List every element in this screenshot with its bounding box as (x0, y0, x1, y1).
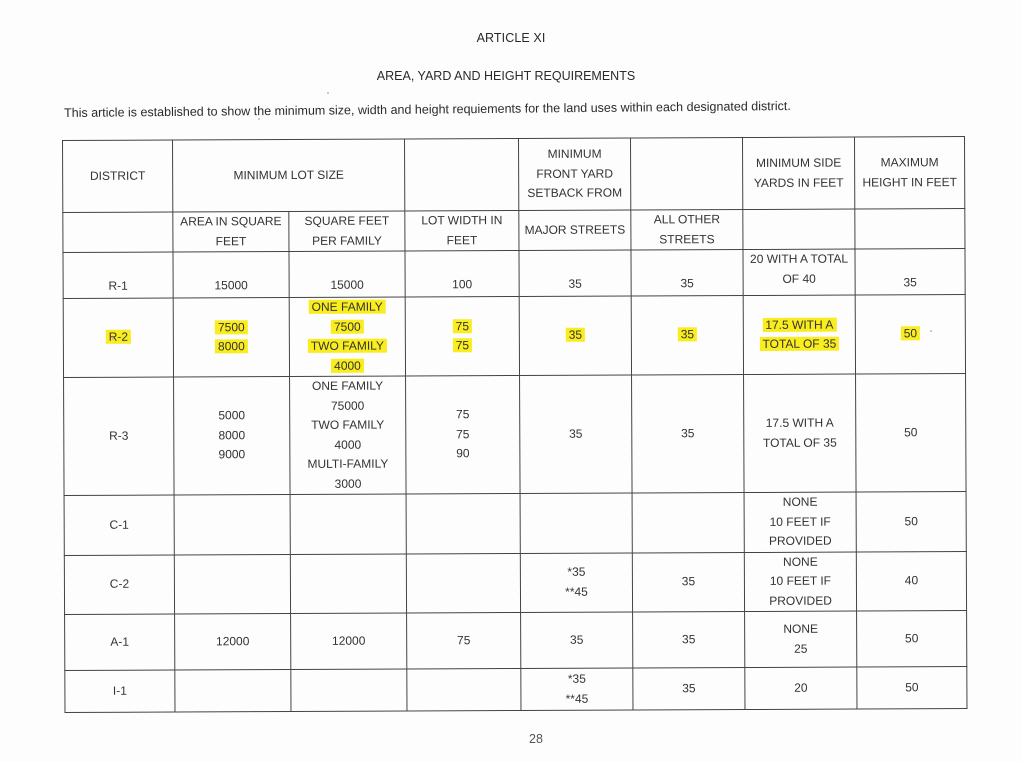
sqft-per-family-cell (290, 554, 406, 614)
max-height-cell: 35 (855, 249, 965, 295)
major-streets-cell: 35 (519, 296, 631, 375)
side-yards-cell: NONE10 FEET IFPROVIDED (744, 492, 856, 552)
article-subheading: AREA, YARD AND HEIGHT REQUIREMENTS (0, 69, 1012, 83)
cell-line: 15000 (176, 276, 287, 296)
cell-value: 75 (453, 338, 472, 352)
other-streets-cell (632, 493, 744, 553)
cell-value: 9000 (218, 447, 245, 461)
header-max-height: MAXIMUM HEIGHT IN FEET (855, 137, 965, 209)
header-front-yard-line: FRONT YARD (521, 164, 628, 184)
requirements-table: DISTRICT MINIMUM LOT SIZE MINIMUM FRONT … (62, 136, 968, 713)
cell-line: TOTAL OF 35 (746, 433, 853, 453)
side-yards-cell: 17.5 WITH ATOTAL OF 35 (744, 374, 857, 492)
header-sqft-line: SQUARE FEET (291, 212, 402, 232)
area-cell (174, 554, 290, 614)
district-code: A-1 (110, 634, 129, 648)
cell-line: 50 (858, 324, 963, 344)
major-streets-cell: 35 (520, 375, 633, 493)
lot-width-cell: 7575 (405, 297, 519, 376)
header-sqft-per-family: SQUARE FEET PER FAMILY (289, 211, 405, 252)
header-major-streets: MAJOR STREETS (519, 210, 631, 250)
header-blank-2 (631, 138, 743, 210)
cell-value: **45 (566, 691, 589, 705)
major-streets-cell: 35 (521, 612, 633, 668)
cell-value: 35 (569, 426, 582, 440)
document-page: ARTICLE XI AREA, YARD AND HEIGHT REQUIRE… (0, 0, 1022, 762)
cell-line: 4000 (292, 356, 403, 376)
side-yards-cell: NONE10 FEET IFPROVIDED (744, 552, 856, 612)
sqft-per-family-cell: 15000 (289, 251, 405, 298)
cell-value: 35 (566, 328, 585, 342)
cell-line: TOTAL OF 35 (746, 335, 853, 355)
cell-value: 7500 (331, 319, 364, 333)
cell-line: NONE (747, 493, 854, 513)
table-row: R-11500015000100353520 WITH A TOTALOF 40… (63, 249, 965, 299)
scan-speck (930, 330, 932, 332)
table-row: R-3500080009000ONE FAMILY75000TWO FAMILY… (64, 374, 967, 496)
cell-value: NONE (783, 554, 818, 568)
cell-line: TWO FAMILY (292, 337, 403, 357)
max-height-cell: 50 (857, 611, 967, 667)
header-side-yards-line: YARDS IN FEET (745, 173, 852, 193)
max-height-cell: 50 (857, 667, 967, 709)
cell-value: 35 (570, 632, 583, 646)
table-row: C-1NONE10 FEET IFPROVIDED50 (64, 492, 966, 555)
cell-value: 8000 (218, 428, 245, 442)
cell-value: PROVIDED (769, 593, 832, 607)
max-height-cell: 50 (855, 295, 965, 374)
cell-line: 75 (408, 405, 517, 425)
district-cell: C-2 (64, 555, 174, 615)
cell-value: 10 FEET IF (770, 574, 831, 588)
side-yards-cell: 20 WITH A TOTALOF 40 (743, 249, 855, 295)
cell-value: TOTAL OF 35 (763, 435, 837, 449)
major-streets-cell: *35**45 (521, 668, 633, 710)
cell-line: NONE (747, 620, 854, 640)
cell-value: 75 (457, 633, 470, 647)
cell-line: 75 (408, 425, 517, 445)
cell-line: NONE (747, 552, 854, 572)
cell-line: 40 (859, 571, 964, 591)
other-streets-cell: 35 (632, 375, 745, 493)
header-lot-width: LOT WIDTH IN FEET (405, 211, 519, 251)
cell-line: 8000 (176, 426, 287, 446)
cell-value: 35 (680, 276, 693, 290)
cell-line: OF 40 (746, 269, 853, 289)
cell-line: 20 (747, 678, 854, 698)
cell-line: PROVIDED (747, 532, 854, 552)
cell-line: 8000 (176, 337, 287, 357)
header-area-line: AREA IN SQUARE (175, 212, 286, 232)
district-cell: R-3 (64, 377, 175, 495)
header-sqft-line: PER FAMILY (291, 231, 402, 251)
cell-value: OF 40 (782, 271, 815, 285)
cell-line: 4000 (292, 435, 403, 455)
district-cell: R-2 (63, 298, 173, 377)
cell-line: 75000 (292, 396, 403, 416)
cell-line: TWO FAMILY (292, 416, 403, 436)
sqft-per-family-cell: ONE FAMILY75000TWO FAMILY4000MULTI-FAMIL… (290, 376, 407, 495)
cell-line: 10 FEET IF (747, 572, 854, 592)
lot-width-cell: 757590 (406, 376, 521, 494)
cell-line: 35 (523, 630, 630, 650)
cell-line: 50 (859, 512, 964, 532)
cell-line: 12000 (177, 632, 288, 652)
area-cell: 75008000 (173, 298, 289, 378)
cell-value: 75 (456, 427, 469, 441)
scan-speck (327, 92, 329, 94)
cell-line: 17.5 WITH A (746, 315, 853, 335)
cell-value: 35 (568, 276, 581, 290)
sqft-per-family-cell (290, 494, 406, 554)
cell-value: 50 (904, 425, 917, 439)
cell-line: 35 (635, 572, 742, 592)
cell-value: 5000 (218, 408, 245, 422)
other-streets-cell: 35 (631, 296, 743, 375)
header-side-blank (743, 209, 855, 249)
max-height-cell: 50 (856, 492, 966, 552)
header-front-yard-line: SETBACK FROM (521, 184, 628, 204)
other-streets-cell: 35 (633, 612, 745, 668)
header-side-yards: MINIMUM SIDE YARDS IN FEET (743, 137, 855, 209)
cell-value: 35 (682, 632, 695, 646)
major-streets-cell: *35**45 (520, 553, 632, 613)
intro-paragraph: This article is established to show the … (64, 99, 791, 120)
header-side-yards-line: MINIMUM SIDE (745, 154, 852, 174)
cell-value: NONE (783, 495, 818, 509)
cell-line: 20 WITH A TOTAL (746, 250, 853, 270)
area-cell (174, 495, 290, 555)
cell-value: ONE FAMILY (312, 379, 383, 393)
cell-value: PROVIDED (769, 534, 832, 548)
cell-line: **45 (523, 582, 630, 602)
cell-line: 35 (858, 273, 963, 293)
district-code: R-3 (109, 428, 128, 442)
cell-line: 9000 (176, 445, 287, 465)
cell-value: 40 (905, 573, 918, 587)
cell-line: 25 (747, 639, 854, 659)
cell-value: 50 (905, 631, 918, 645)
cell-line: 17.5 WITH A (746, 414, 853, 434)
cell-value: 15000 (214, 278, 247, 292)
district-cell: A-1 (65, 614, 175, 670)
header-other-streets-line: ALL OTHER (633, 210, 740, 230)
district-cell: C-1 (64, 495, 174, 555)
cell-line: 7500 (176, 318, 287, 338)
cell-line: 75 (408, 336, 517, 356)
district-code: R-1 (108, 278, 127, 292)
cell-value: 50 (901, 327, 920, 341)
cell-value: 15000 (330, 277, 363, 291)
cell-value: 4000 (334, 437, 361, 451)
cell-value: TWO FAMILY (311, 418, 384, 432)
district-code: R-2 (106, 330, 131, 344)
other-streets-cell: 35 (633, 668, 745, 710)
header-area-line: FEET (175, 232, 286, 252)
cell-line: 3000 (292, 474, 403, 494)
header-row-1: DISTRICT MINIMUM LOT SIZE MINIMUM FRONT … (63, 137, 965, 213)
cell-value: 20 (794, 681, 807, 695)
table-row: R-275008000ONE FAMILY7500TWO FAMILY40007… (63, 295, 965, 378)
cell-line: 35 (522, 424, 629, 444)
lot-width-cell (407, 669, 521, 711)
cell-line: 35 (522, 326, 629, 346)
header-front-yard-line: MINIMUM (521, 145, 628, 165)
header-other-streets: ALL OTHER STREETS (631, 210, 743, 250)
header-other-streets-line: STREETS (633, 230, 740, 250)
cell-value: 100 (452, 277, 472, 291)
major-streets-cell: 35 (519, 250, 631, 296)
side-yards-cell: 17.5 WITH ATOTAL OF 35 (743, 295, 855, 374)
cell-value: **45 (565, 584, 588, 598)
cell-line: ONE FAMILY (292, 377, 403, 397)
header-lot-width-line: FEET (407, 231, 516, 251)
cell-line: 35 (634, 325, 741, 345)
cell-value: 35 (681, 426, 694, 440)
cell-line: *35 (523, 563, 630, 583)
header-district-blank (63, 212, 173, 252)
scan-speck (112, 338, 114, 340)
cell-line: 35 (634, 424, 741, 444)
cell-value: 75000 (331, 398, 364, 412)
header-max-height-line: HEIGHT IN FEET (857, 173, 962, 193)
max-height-cell: 40 (856, 551, 966, 611)
district-code: C-1 (109, 517, 128, 531)
cell-value: 35 (903, 275, 916, 289)
side-yards-cell: NONE25 (745, 611, 857, 667)
cell-line: 50 (859, 678, 964, 698)
cell-line: 15000 (292, 275, 403, 295)
cell-value: 35 (682, 681, 695, 695)
other-streets-cell: 35 (631, 250, 743, 296)
header-minimum-lot-size: MINIMUM LOT SIZE (173, 139, 405, 212)
header-front-yard-setback: MINIMUM FRONT YARD SETBACK FROM (519, 138, 631, 210)
cell-line: 75 (408, 317, 517, 337)
table-row: C-2*35**4535NONE10 FEET IFPROVIDED40 (64, 551, 966, 614)
cell-value: 90 (456, 446, 469, 460)
cell-value: NONE (783, 622, 818, 636)
cell-value: MULTI-FAMILY (307, 457, 388, 471)
header-district: DISTRICT (63, 140, 173, 212)
cell-value: ONE FAMILY (309, 300, 386, 314)
cell-value: 12000 (216, 634, 249, 648)
cell-line: 12000 (293, 631, 404, 651)
cell-value: 17.5 WITH A (766, 416, 834, 430)
cell-value: 12000 (332, 633, 365, 647)
cell-value: 17.5 WITH A (762, 317, 836, 331)
page-number: 28 (0, 732, 1022, 746)
header-lot-width-line: LOT WIDTH IN (407, 211, 516, 231)
lot-width-cell (406, 494, 520, 554)
other-streets-cell: 35 (632, 552, 744, 612)
cell-value: 35 (678, 327, 697, 341)
cell-value: 50 (905, 680, 918, 694)
cell-value: TWO FAMILY (308, 339, 387, 353)
sqft-per-family-cell: ONE FAMILY7500TWO FAMILY4000 (289, 297, 405, 377)
table-row: A-11200012000753535NONE2550 (65, 611, 967, 671)
cell-line: 90 (408, 444, 517, 464)
max-height-cell: 50 (856, 374, 967, 492)
scan-speck (258, 118, 260, 120)
requirements-table-wrap: DISTRICT MINIMUM LOT SIZE MINIMUM FRONT … (62, 136, 966, 713)
cell-line: 50 (859, 629, 964, 649)
cell-line: 5000 (176, 406, 287, 426)
cell-value: 20 WITH A TOTAL (750, 252, 848, 266)
cell-value: 4000 (331, 358, 364, 372)
major-streets-cell (520, 493, 632, 553)
cell-line: 50 (858, 423, 963, 443)
cell-value: *35 (567, 565, 585, 579)
district-code: C-2 (110, 577, 129, 591)
cell-line: 100 (408, 275, 517, 295)
area-cell: 500080009000 (174, 377, 291, 496)
cell-line: 7500 (292, 317, 403, 337)
cell-value: 50 (904, 514, 917, 528)
cell-value: 75 (456, 407, 469, 421)
area-cell (175, 670, 291, 713)
cell-line: MULTI-FAMILY (292, 455, 403, 475)
article-heading: ARTICLE XI (0, 31, 1022, 45)
header-row-2: AREA IN SQUARE FEET SQUARE FEET PER FAMI… (63, 209, 965, 253)
cell-value: 10 FEET IF (770, 514, 831, 528)
lot-width-cell: 75 (407, 613, 521, 669)
district-code: I-1 (113, 683, 127, 697)
cell-value: 35 (682, 574, 695, 588)
cell-line: 35 (635, 630, 742, 650)
header-area: AREA IN SQUARE FEET (173, 212, 289, 253)
table-row: I-1*35**45352050 (65, 667, 967, 713)
side-yards-cell: 20 (745, 667, 857, 709)
cell-line: 35 (634, 274, 741, 294)
sqft-per-family-cell (291, 669, 407, 712)
header-max-height-line: MAXIMUM (857, 153, 962, 173)
header-blank-1 (405, 139, 519, 211)
cell-line: 35 (635, 679, 742, 699)
cell-line: PROVIDED (747, 591, 854, 611)
cell-line: 75 (409, 631, 518, 651)
sqft-per-family-cell: 12000 (291, 613, 407, 670)
cell-value: 75 (453, 319, 472, 333)
lot-width-cell: 100 (405, 251, 519, 297)
district-cell: I-1 (65, 670, 175, 712)
cell-line: ONE FAMILY (292, 298, 403, 318)
cell-value: 8000 (215, 339, 248, 353)
lot-width-cell (406, 553, 520, 613)
cell-value: *35 (568, 672, 586, 686)
cell-line: *35 (523, 670, 630, 690)
header-max-blank (855, 209, 965, 249)
cell-line: 10 FEET IF (747, 512, 854, 532)
cell-line: 35 (522, 274, 629, 294)
cell-line: **45 (523, 689, 630, 709)
district-cell: R-1 (63, 252, 173, 298)
cell-value: 25 (794, 641, 807, 655)
area-cell: 12000 (175, 614, 291, 671)
cell-value: 3000 (335, 476, 362, 490)
area-cell: 15000 (173, 252, 289, 299)
cell-value: TOTAL OF 35 (759, 337, 839, 351)
cell-value: 7500 (215, 320, 248, 334)
